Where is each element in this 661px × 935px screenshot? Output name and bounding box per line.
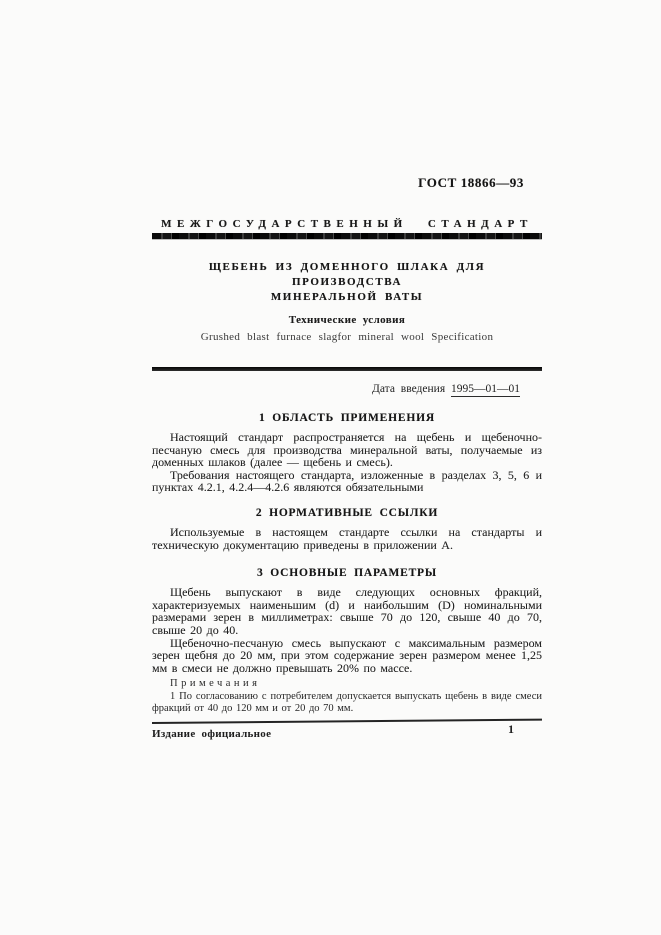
- section-heading-references: 2 НОРМАТИВНЫЕ ССЫЛКИ: [152, 507, 542, 519]
- standard-number: ГОСТ 18866—93: [152, 176, 542, 189]
- effective-date-value: 1995—01—01: [451, 383, 520, 397]
- document-title-line2: МИНЕРАЛЬНОЙ ВАТЫ: [152, 290, 542, 305]
- standard-type-header: МЕЖГОСУДАРСТВЕННЫЙ СТАНДАРТ: [152, 218, 542, 230]
- separator-rule: [152, 367, 542, 371]
- edition-note: Издание официальное: [152, 728, 542, 740]
- footer-rule: [152, 719, 542, 724]
- header-rule: [152, 233, 542, 239]
- paragraph: Используемые в настоящем стандарте ссылк…: [152, 526, 542, 551]
- document-page: ГОСТ 18866—93 МЕЖГОСУДАРСТВЕННЫЙ СТАНДАР…: [152, 0, 542, 740]
- notes-label: Примечания: [152, 678, 542, 689]
- section-heading-parameters: 3 ОСНОВНЫЕ ПАРАМЕТРЫ: [152, 567, 542, 579]
- document-subtitle-en: Grushed blast furnace slagfor mineral wo…: [152, 331, 542, 343]
- paragraph: Щебень выпускают в виде следующих основн…: [152, 586, 542, 636]
- paragraph: Настоящий стандарт распространяется на щ…: [152, 431, 542, 469]
- document-title-line1: ЩЕБЕНЬ ИЗ ДОМЕННОГО ШЛАКА ДЛЯ ПРОИЗВОДСТ…: [152, 260, 542, 290]
- paragraph: Щебеночно-песчаную смесь выпускают с мак…: [152, 637, 542, 675]
- effective-date-line: Дата введения 1995—01—01: [152, 383, 542, 396]
- note-item: 1 По согласованию с потребителем допуска…: [152, 691, 542, 714]
- document-title: ЩЕБЕНЬ ИЗ ДОМЕННОГО ШЛАКА ДЛЯ ПРОИЗВОДСТ…: [152, 260, 542, 305]
- document-subtitle-ru: Технические условия: [152, 314, 542, 326]
- paragraph: Требования настоящего стандарта, изложен…: [152, 469, 542, 494]
- section-heading-scope: 1 ОБЛАСТЬ ПРИМЕНЕНИЯ: [152, 412, 542, 424]
- page-number: 1: [508, 722, 514, 737]
- effective-date-label: Дата введения: [372, 383, 445, 395]
